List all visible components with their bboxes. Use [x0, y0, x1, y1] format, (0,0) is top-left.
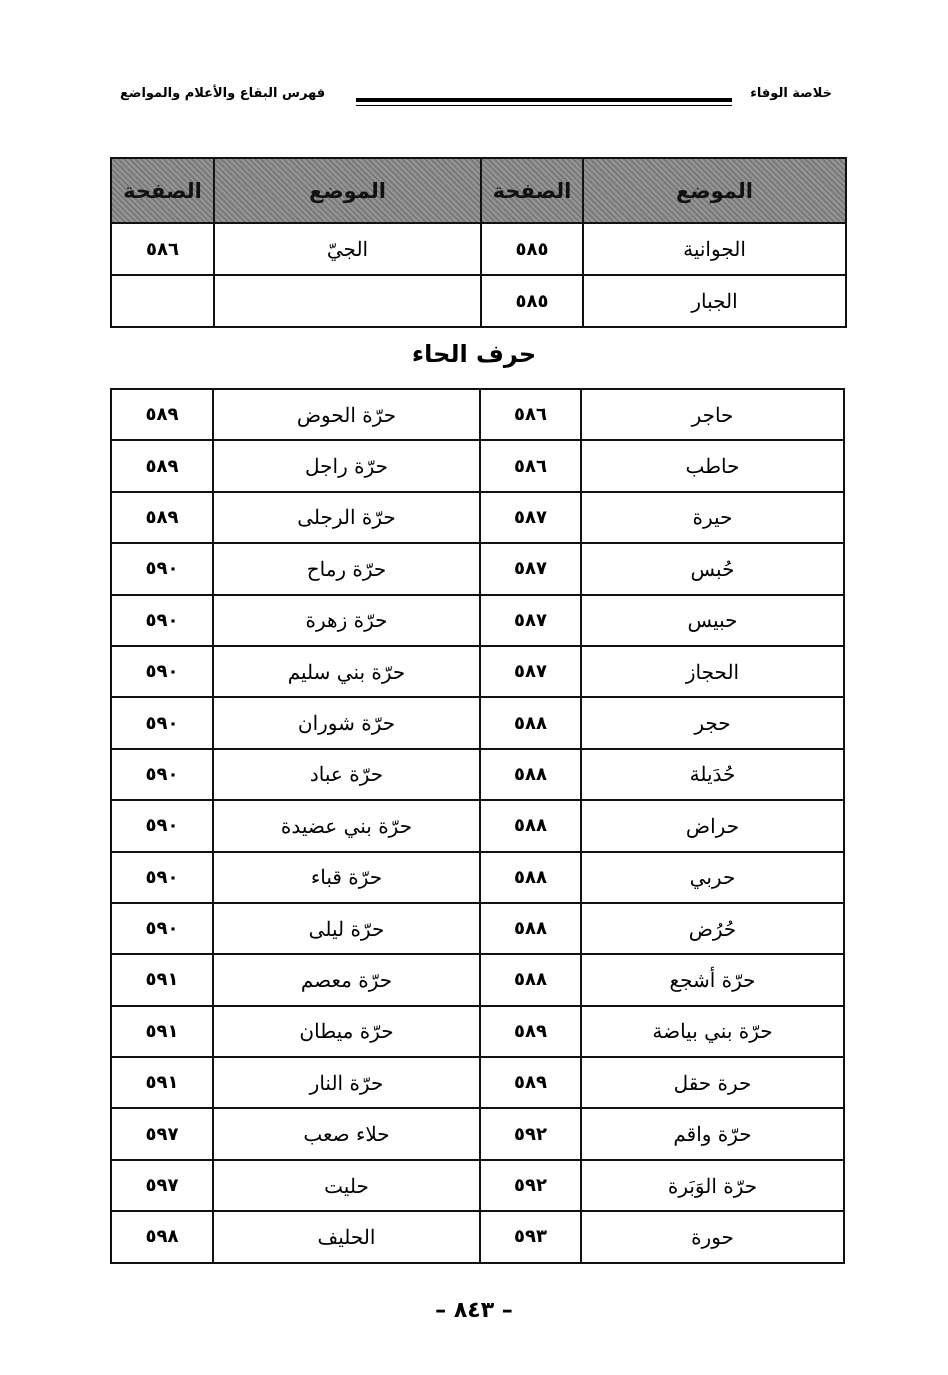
section-heading: حرف الحاء [0, 340, 948, 368]
page-cell: ٥٨٨ [480, 800, 581, 851]
place-cell: حرّة الحوض [213, 389, 480, 440]
place-cell [214, 275, 481, 327]
page-cell: ٥٨٧ [480, 595, 581, 646]
place-cell: حيرة [581, 492, 844, 543]
page-cell: ٥٩٠ [111, 903, 213, 954]
place-cell: حرة حقل [581, 1057, 844, 1108]
place-cell: حراض [581, 800, 844, 851]
table-row: حرّة واقم٥٩٢حلاء صعب٥٩٧ [111, 1108, 844, 1159]
table-row: حربي٥٨٨حرّة قباء٥٩٠ [111, 852, 844, 903]
table-row: حرّة الوَبَرة٥٩٢حليت٥٩٧ [111, 1160, 844, 1211]
table-row: حُدَيلة٥٨٨حرّة عباد٥٩٠ [111, 749, 844, 800]
table-row: حرة حقل٥٨٩حرّة النار٥٩١ [111, 1057, 844, 1108]
place-cell: حرّة أشجع [581, 954, 844, 1005]
running-head: خلاصة الوفاء فهرس البقاع والأعلام والموا… [120, 86, 832, 116]
page-cell [111, 275, 214, 327]
table-row: حراض٥٨٨حرّة بني عضيدة٥٩٠ [111, 800, 844, 851]
table-header-row: الموضع الصفحة الموضع الصفحة [111, 158, 846, 223]
place-cell: حربي [581, 852, 844, 903]
page-cell: ٥٨٥ [481, 275, 583, 327]
place-cell: حرّة بني عضيدة [213, 800, 480, 851]
page-cell: ٥٩٠ [111, 697, 213, 748]
page-cell: ٥٩٠ [111, 749, 213, 800]
place-cell: حرّة رماح [213, 543, 480, 594]
page-cell: ٥٨٩ [111, 492, 213, 543]
table-row: حيرة٥٨٧حرّة الرجلى٥٨٩ [111, 492, 844, 543]
table-row: حرّة أشجع٥٨٨حرّة معصم٥٩١ [111, 954, 844, 1005]
table-row: حرّة بني بياضة٥٨٩حرّة ميطان٥٩١ [111, 1006, 844, 1057]
index-table-continued: الموضع الصفحة الموضع الصفحة الجوانية ٥٨٥… [110, 157, 847, 328]
place-cell: حرّة قباء [213, 852, 480, 903]
header-place: الموضع [583, 158, 846, 223]
header-page: الصفحة [481, 158, 583, 223]
place-cell: حرّة معصم [213, 954, 480, 1005]
page-cell: ٥٩٠ [111, 852, 213, 903]
place-cell: حرّة النار [213, 1057, 480, 1108]
place-cell: الجوانية [583, 223, 846, 275]
place-cell: حرّة الرجلى [213, 492, 480, 543]
page-cell: ٥٨٨ [480, 697, 581, 748]
place-cell: حورة [581, 1211, 844, 1262]
page-cell: ٥٩٠ [111, 595, 213, 646]
page-cell: ٥٨٥ [481, 223, 583, 275]
table-row: حُرُض٥٨٨حرّة ليلى٥٩٠ [111, 903, 844, 954]
index-table-haa: حاجر٥٨٦حرّة الحوض٥٨٩حاطب٥٨٦حرّة راجل٥٨٩ح… [110, 388, 845, 1264]
place-cell: الحليف [213, 1211, 480, 1262]
header-page: الصفحة [111, 158, 214, 223]
table-row: حاجر٥٨٦حرّة الحوض٥٨٩ [111, 389, 844, 440]
page-cell: ٥٩٢ [480, 1160, 581, 1211]
page-cell: ٥٨٨ [480, 903, 581, 954]
place-cell: حرّة شوران [213, 697, 480, 748]
page-cell: ٥٨٦ [480, 440, 581, 491]
table-row: حورة٥٩٣الحليف٥٩٨ [111, 1211, 844, 1262]
page-cell: ٥٨٦ [480, 389, 581, 440]
index-section-title: فهرس البقاع والأعلام والمواضع [120, 86, 325, 101]
page-cell: ٥٨٩ [480, 1057, 581, 1108]
table-row: الجبار ٥٨٥ [111, 275, 846, 327]
page-cell: ٥٩٧ [111, 1108, 213, 1159]
place-cell: حلاء صعب [213, 1108, 480, 1159]
page-cell: ٥٩٢ [480, 1108, 581, 1159]
place-cell: حاطب [581, 440, 844, 491]
book-title: خلاصة الوفاء [750, 86, 832, 101]
header-rule [356, 98, 732, 102]
page-number: – ٨٤٣ – [0, 1298, 948, 1323]
page-cell: ٥٩٣ [480, 1211, 581, 1262]
page-cell: ٥٨٩ [111, 440, 213, 491]
place-cell: حُدَيلة [581, 749, 844, 800]
place-cell: حليت [213, 1160, 480, 1211]
table-row: حجر٥٨٨حرّة شوران٥٩٠ [111, 697, 844, 748]
place-cell: الجيّ [214, 223, 481, 275]
page-cell: ٥٩٠ [111, 646, 213, 697]
table-row: حاطب٥٨٦حرّة راجل٥٨٩ [111, 440, 844, 491]
place-cell: حُبس [581, 543, 844, 594]
table-row: الجوانية ٥٨٥ الجيّ ٥٨٦ [111, 223, 846, 275]
page-cell: ٥٨٨ [480, 954, 581, 1005]
page-cell: ٥٩٨ [111, 1211, 213, 1262]
table-row: حبيس٥٨٧حرّة زهرة٥٩٠ [111, 595, 844, 646]
place-cell: حرّة بني سليم [213, 646, 480, 697]
place-cell: حبيس [581, 595, 844, 646]
page-cell: ٥٩٧ [111, 1160, 213, 1211]
page-cell: ٥٨٨ [480, 852, 581, 903]
page-cell: ٥٨٨ [480, 749, 581, 800]
place-cell: حرّة بني بياضة [581, 1006, 844, 1057]
place-cell: الحجاز [581, 646, 844, 697]
header-place: الموضع [214, 158, 481, 223]
place-cell: الجبار [583, 275, 846, 327]
page-cell: ٥٩١ [111, 1006, 213, 1057]
header-rule-thin [356, 105, 732, 106]
page-cell: ٥٨٧ [480, 646, 581, 697]
page-cell: ٥٨٦ [111, 223, 214, 275]
place-cell: حرّة زهرة [213, 595, 480, 646]
place-cell: حُرُض [581, 903, 844, 954]
place-cell: حرّة عباد [213, 749, 480, 800]
table-row: حُبس٥٨٧حرّة رماح٥٩٠ [111, 543, 844, 594]
page-cell: ٥٩٠ [111, 800, 213, 851]
place-cell: حاجر [581, 389, 844, 440]
page-cell: ٥٩٠ [111, 543, 213, 594]
page-cell: ٥٩١ [111, 954, 213, 1005]
place-cell: حرّة راجل [213, 440, 480, 491]
place-cell: حرّة ميطان [213, 1006, 480, 1057]
page-cell: ٥٨٧ [480, 543, 581, 594]
page-cell: ٥٩١ [111, 1057, 213, 1108]
page-cell: ٥٨٩ [480, 1006, 581, 1057]
place-cell: حجر [581, 697, 844, 748]
place-cell: حرّة الوَبَرة [581, 1160, 844, 1211]
table-row: الحجاز٥٨٧حرّة بني سليم٥٩٠ [111, 646, 844, 697]
place-cell: حرّة واقم [581, 1108, 844, 1159]
place-cell: حرّة ليلى [213, 903, 480, 954]
page-cell: ٥٨٧ [480, 492, 581, 543]
page-cell: ٥٨٩ [111, 389, 213, 440]
